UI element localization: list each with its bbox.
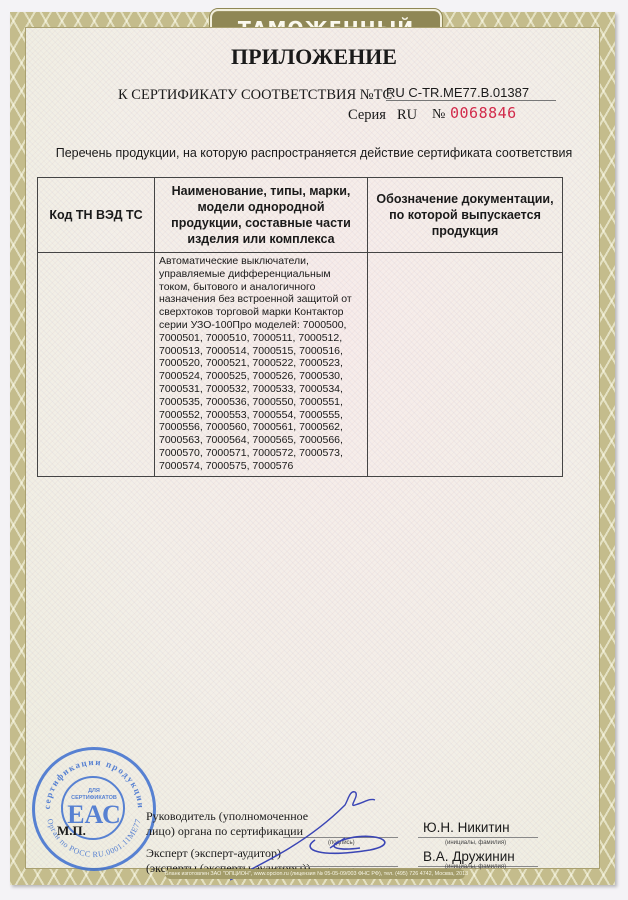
series-value: RU xyxy=(397,107,417,124)
stamp-dla: ДЛЯ xyxy=(35,788,153,794)
head-name-caption: (инициалы, фамилия) xyxy=(445,840,506,846)
eac-stamp: сертификации продукции Орган по РОСС RU.… xyxy=(32,747,156,871)
cell-code xyxy=(38,253,155,477)
head-name-line xyxy=(418,837,538,838)
serial-number: 0068846 xyxy=(450,104,517,122)
certificate-label: К СЕРТИФИКАТУ СООТВЕТСТВИЯ №ТС xyxy=(118,87,392,104)
products-table: Код ТН ВЭД ТС Наименование, типы, марки,… xyxy=(37,177,563,477)
cell-description: Автоматические выключатели, управляемые … xyxy=(155,253,368,477)
table-header-row: Код ТН ВЭД ТС Наименование, типы, марки,… xyxy=(38,178,563,253)
header-code: Код ТН ВЭД ТС xyxy=(38,178,155,253)
series-label: Серия xyxy=(348,107,386,124)
number-sign: № xyxy=(432,107,445,123)
seal-place-label: М.П. xyxy=(57,823,86,839)
header-description: Наименование, типы, марки, модели одноро… xyxy=(155,178,368,253)
header-documentation: Обозначение документации, по которой вып… xyxy=(368,178,563,253)
cell-documentation xyxy=(368,253,563,477)
head-name: Ю.Н. Никитин xyxy=(423,820,510,835)
eac-mark: ЕАС xyxy=(35,800,153,830)
table-row: Автоматические выключатели, управляемые … xyxy=(38,253,563,477)
form-printer-footer: Бланк изготовлен ЗАО "ОПЦИОН", www.opcio… xyxy=(165,869,465,879)
product-list-intro: Перечень продукции, на которую распростр… xyxy=(0,146,628,160)
certificate-number: RU C-TR.ME77.B.01387 xyxy=(386,85,556,101)
page-title: ПРИЛОЖЕНИЕ xyxy=(0,44,628,70)
expert-name: В.А. Дружинин xyxy=(423,849,515,864)
